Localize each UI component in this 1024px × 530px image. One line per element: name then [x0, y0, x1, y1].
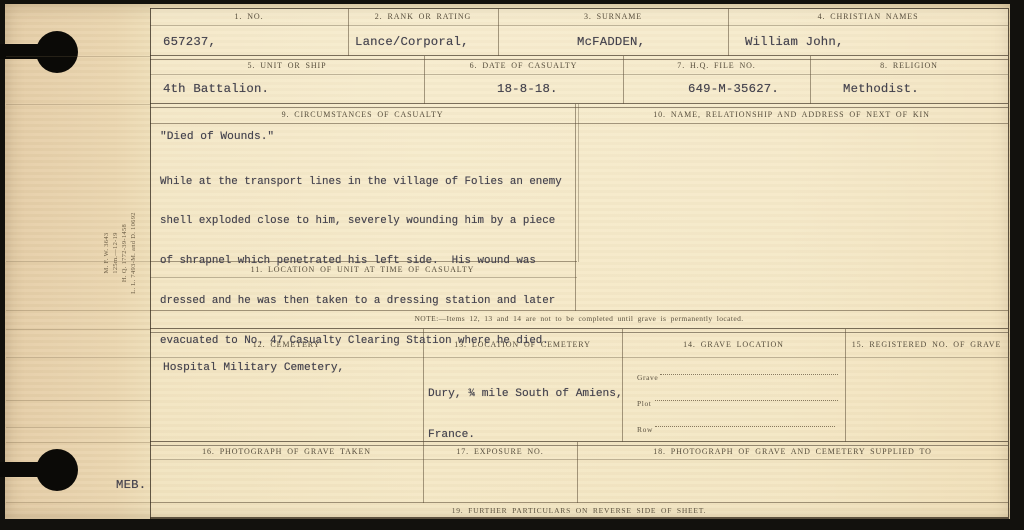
form-printing-stamp: M. F. W. 3643 125m.—12-19 H. Q. 1772-39-…: [102, 188, 142, 318]
field-unit-label: 5. UNIT OR SHIP: [150, 61, 424, 71]
circumstances-line: dressed and he was then taken to a dress…: [160, 295, 562, 308]
field-circumstances-label: 9. CIRCUMSTANCES OF CASUALTY: [150, 110, 575, 120]
field-date-of-casualty-label: 6. DATE OF CASUALTY: [424, 61, 623, 71]
grave-sublabel: Grave: [637, 373, 658, 382]
circumstances-line: evacuated to No. 47 Casualty Clearing St…: [160, 335, 562, 348]
field-grave-location-label: 14. GRAVE LOCATION: [622, 340, 845, 350]
field-photo-taken-label: 16. PHOTOGRAPH OF GRAVE TAKEN: [150, 447, 423, 457]
field-unit-value: 4th Battalion.: [163, 82, 269, 96]
field-religion-value: Methodist.: [843, 82, 919, 96]
margin-rule: [6, 357, 150, 358]
form-footer: 19. FURTHER PARTICULARS ON REVERSE SIDE …: [150, 506, 1008, 516]
hole-punch-bottom: [36, 449, 78, 491]
margin-rule: [6, 442, 150, 443]
grid-line: [578, 104, 579, 262]
field-next-of-kin-label: 10. NAME, RELATIONSHIP AND ADDRESS OF NE…: [575, 110, 1008, 120]
field-registered-no-label: 15. REGISTERED NO. OF GRAVE: [845, 340, 1008, 350]
field-cemetery-location-value: Dury, ¾ mile South of Amiens, France.: [428, 361, 623, 469]
grid-line: [575, 104, 576, 311]
grid-line: [150, 8, 151, 519]
stamp-line: L. L. 7493-M. and D. 10692: [129, 188, 138, 318]
stamp-line: 125m.—12-19: [111, 188, 120, 318]
dotted-leader: [655, 425, 835, 427]
field-surname-value: McFADDEN,: [577, 35, 645, 49]
field-christian-names-value: William John,: [745, 35, 844, 49]
grid-line: [150, 502, 1008, 503]
field-rank-label: 2. RANK OR RATING: [348, 12, 498, 22]
plot-sublabel: Plot: [637, 399, 652, 408]
row-sublabel: Row: [637, 425, 653, 434]
grid-line: [150, 103, 1008, 108]
scanned-casualty-record: M. F. W. 3643 125m.—12-19 H. Q. 1772-39-…: [0, 0, 1024, 530]
field-photo-supplied-label: 18. PHOTOGRAPH OF GRAVE AND CEMETERY SUP…: [577, 447, 1008, 457]
grid-line: [150, 25, 1008, 26]
margin-rule: [6, 400, 150, 401]
field-rank-value: Lance/Corporal,: [355, 35, 469, 49]
margin-rule: [6, 329, 150, 330]
grid-line: [150, 74, 1008, 75]
dotted-leader: [660, 373, 838, 375]
hole-punch-top: [36, 31, 78, 73]
field-religion-label: 8. RELIGION: [810, 61, 1008, 71]
circumstances-line: of shrapnel which penetrated his left si…: [160, 255, 562, 268]
clerk-initials: MEB.: [116, 478, 146, 492]
field-hq-file-no-value: 649-M-35627.: [688, 82, 779, 96]
dotted-leader: [655, 399, 838, 401]
grid-line: [150, 8, 1008, 9]
margin-rule: [6, 427, 150, 428]
field-surname-label: 3. SURNAME: [498, 12, 728, 22]
margin-rule: [6, 502, 150, 503]
grid-line: [150, 123, 1008, 124]
circumstances-line: While at the transport lines in the vill…: [160, 176, 562, 189]
field-hq-file-no-label: 7. H.Q. FILE NO.: [623, 61, 810, 71]
field-christian-names-label: 4. CHRISTIAN NAMES: [728, 12, 1008, 22]
field-date-of-casualty-value: 18-8-18.: [497, 82, 558, 96]
circumstances-line: shell exploded close to him, severely wo…: [160, 215, 562, 228]
stamp-line: H. Q. 1772-39-1458: [120, 188, 129, 318]
field-no-label: 1. NO.: [150, 12, 348, 22]
circumstances-paragraph: While at the transport lines in the vill…: [160, 149, 562, 375]
cemetery-location-line: Dury, ¾ mile South of Amiens,: [428, 388, 623, 402]
cemetery-location-line: France.: [428, 429, 623, 443]
margin-rule: [6, 104, 150, 105]
grid-line: [150, 517, 1008, 519]
field-no-value: 657237,: [163, 35, 216, 49]
grid-line: [150, 55, 1008, 60]
stamp-line: M. F. W. 3643: [102, 188, 111, 318]
grid-line: [1008, 8, 1009, 519]
margin-rule: [6, 56, 150, 57]
cause-of-death: "Died of Wounds.": [160, 131, 274, 145]
field-cemetery-value: Hospital Military Cemetery,: [163, 362, 344, 376]
